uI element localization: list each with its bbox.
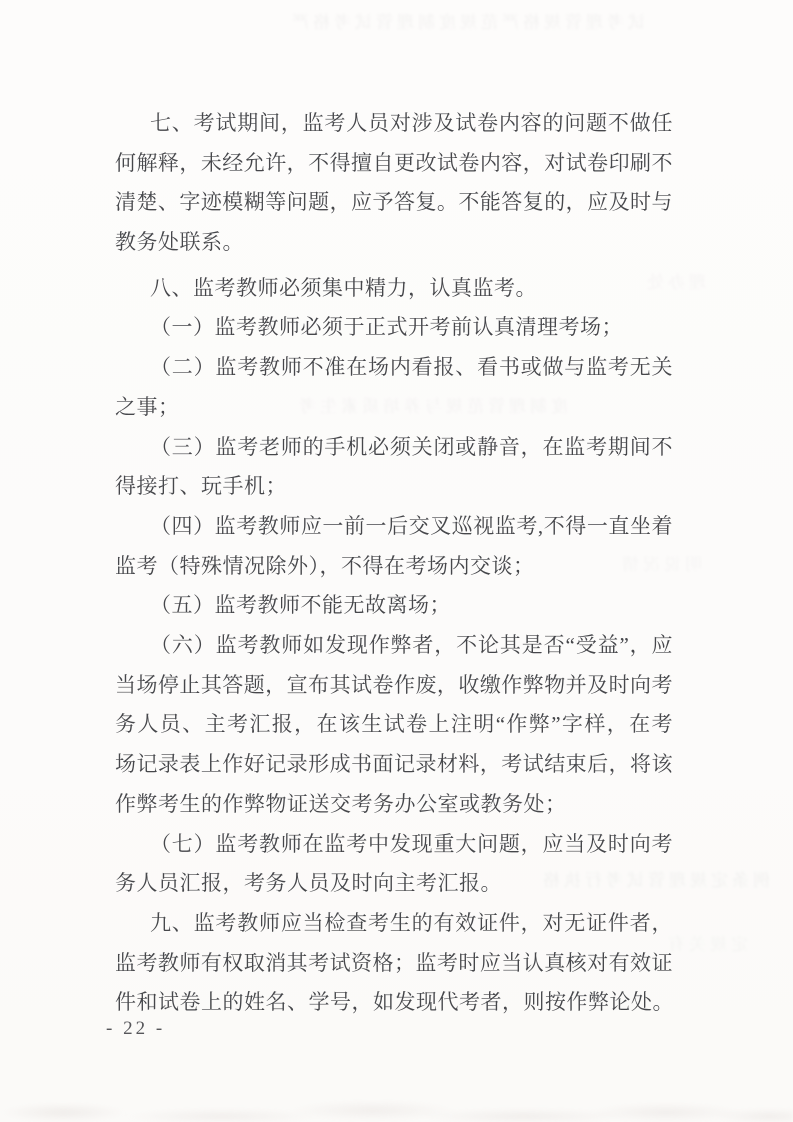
text-line: （七）监考教师在监考中发现重大问题，应当及时向考 bbox=[115, 825, 672, 865]
text-line: （三）监考老师的手机必须关闭或静音，在监考期间不 bbox=[115, 428, 672, 468]
text-line: 教务处联系。 bbox=[115, 223, 672, 263]
bleed-through-artifact: 试考理管规格严范规度制理管试考格严 bbox=[105, 8, 645, 33]
text-line: 务人员汇报，考务人员及时向主考汇报。 bbox=[115, 864, 672, 904]
paragraph-item-8-sub-6: （六）监考教师如发现作弊者，不论其是否“受益”，应当场停止其答题，宣布其试卷作废… bbox=[115, 626, 672, 824]
paragraph-item-8-sub-1: （一）监考教师必须于正式开考前认真清理考场； bbox=[115, 308, 672, 348]
paragraph-item-8-sub-5: （五）监考教师不能无故离场； bbox=[115, 586, 672, 626]
text-line: 得接打、玩手机； bbox=[115, 467, 672, 507]
text-line: 之事； bbox=[115, 388, 672, 428]
text-line: 七、考试期间，监考人员对涉及试卷内容的问题不做任 bbox=[115, 104, 672, 144]
text-line: 监考教师有权取消其考试资格；监考时应当认真核对有效证 bbox=[115, 944, 672, 984]
text-line: 作弊考生的作弊物证送交考务办公室或教务处； bbox=[115, 785, 672, 825]
text-line: 务人员、主考汇报，在该生试卷上注明“作弊”字样，在考 bbox=[115, 705, 672, 745]
page-number: - 22 - bbox=[106, 1018, 165, 1040]
paragraph-item-8-sub-2: （二）监考教师不准在场内看报、看书或做与监考无关之事； bbox=[115, 348, 672, 427]
text-line: （六）监考教师如发现作弊者，不论其是否“受益”，应 bbox=[115, 626, 672, 666]
document-body: 七、考试期间，监考人员对涉及试卷内容的问题不做任何解释，未经允许，不得擅自更改试… bbox=[115, 104, 672, 1023]
paragraph-item-8: 八、监考教师必须集中精力，认真监考。 bbox=[115, 269, 672, 309]
text-line: （一）监考教师必须于正式开考前认真清理考场； bbox=[115, 308, 672, 348]
text-line: 件和试卷上的姓名、学号，如发现代考者，则按作弊论处。 bbox=[115, 983, 672, 1023]
text-line: 当场停止其答题，宣布其试卷作废，收缴作弊物并及时向考 bbox=[115, 666, 672, 706]
text-line: 监考（特殊情况除外），不得在考场内交谈； bbox=[115, 547, 672, 587]
text-line: （二）监考教师不准在场内看报、看书或做与监考无关 bbox=[115, 348, 672, 388]
text-line: 何解释，未经允许，不得擅自更改试卷内容，对试卷印刷不 bbox=[115, 144, 672, 184]
paragraph-item-8-sub-4: （四）监考教师应一前一后交叉巡视监考,不得一直坐着监考（特殊情况除外），不得在考… bbox=[115, 507, 672, 586]
text-line: （四）监考教师应一前一后交叉巡视监考,不得一直坐着 bbox=[115, 507, 672, 547]
text-line: 八、监考教师必须集中精力，认真监考。 bbox=[115, 269, 672, 309]
text-line: 九、监考教师应当检查考生的有效证件，对无证件者， bbox=[115, 904, 672, 944]
paragraph-item-8-sub-3: （三）监考老师的手机必须关闭或静音，在监考期间不得接打、玩手机； bbox=[115, 428, 672, 507]
paragraph-item-9: 九、监考教师应当检查考生的有效证件，对无证件者，监考教师有权取消其考试资格；监考… bbox=[115, 904, 672, 1023]
scanned-document-page: 试考理管规格严范规度制理管试考格严 理办处 度制理管范规与养培质素生考 明说况情… bbox=[0, 0, 793, 1122]
text-line: 清楚、字迹模糊等问题，应予答复。不能答复的，应及时与 bbox=[115, 183, 672, 223]
scan-noise-band bbox=[0, 1084, 793, 1122]
paragraph-item-8-sub-7: （七）监考教师在监考中发现重大问题，应当及时向考务人员汇报，考务人员及时向主考汇… bbox=[115, 825, 672, 904]
text-line: （五）监考教师不能无故离场； bbox=[115, 586, 672, 626]
text-line: 场记录表上作好记录形成书面记录材料，考试结束后，将该 bbox=[115, 745, 672, 785]
paragraph-item-7: 七、考试期间，监考人员对涉及试卷内容的问题不做任何解释，未经允许，不得擅自更改试… bbox=[115, 104, 672, 263]
